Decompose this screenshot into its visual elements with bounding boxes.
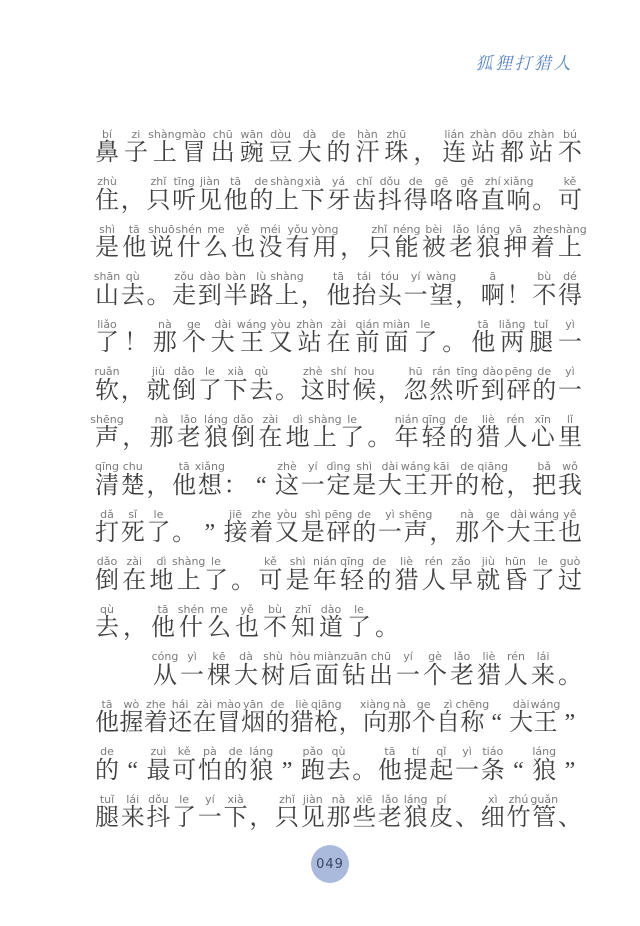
hanzi-with-pinyin: le了: [413, 331, 437, 355]
pinyin-annotation: tái: [357, 271, 371, 282]
pinyin-annotation: yě: [240, 604, 253, 615]
hanzi-with-pinyin: le了: [204, 569, 228, 593]
hanzi-with-pinyin: yì一: [558, 379, 582, 403]
hanzi-character: ”: [558, 759, 582, 783]
hanzi-character: 一: [198, 806, 222, 830]
pinyin-annotation: bù: [537, 271, 551, 282]
pinyin-annotation: yí: [411, 271, 421, 282]
hanzi-character: 下: [224, 379, 248, 403]
hanzi-with-pinyin: shàng上: [177, 569, 201, 593]
hanzi-with-pinyin: bèi被: [422, 236, 446, 260]
punctuation: “: [485, 711, 509, 735]
hanzi-with-pinyin: le了: [172, 806, 196, 830]
pinyin-annotation: de: [229, 746, 243, 757]
hanzi-character: 心: [531, 426, 555, 450]
punctuation: ，: [413, 141, 437, 165]
pinyin-annotation: zhū: [387, 129, 407, 140]
pinyin-annotation: shì: [305, 509, 321, 520]
hanzi-character: ，: [249, 806, 273, 830]
pinyin-annotation: zài: [126, 556, 142, 567]
hanzi-character: 汗: [355, 141, 379, 165]
hanzi-character: 王: [533, 711, 557, 735]
pinyin-annotation: ge: [417, 699, 431, 710]
hanzi-with-pinyin: hou候: [352, 379, 376, 403]
hanzi-character: 向: [363, 711, 387, 735]
hanzi-character: ，: [121, 379, 145, 403]
hanzi-with-pinyin: chū出: [211, 141, 235, 165]
page-number-badge: 049: [311, 845, 349, 883]
pinyin-annotation: yǒu: [288, 224, 308, 235]
hanzi-with-pinyin: shān山: [95, 284, 119, 308]
pinyin-annotation: zǎo: [451, 556, 470, 567]
hanzi-character: “: [249, 474, 273, 498]
pinyin-annotation: shuō: [148, 224, 174, 235]
hanzi-character: 老: [450, 664, 474, 688]
pinyin-annotation: de: [332, 129, 346, 140]
pinyin-annotation: qīng: [95, 461, 119, 472]
pinyin-annotation: nà: [158, 319, 172, 330]
hanzi-character: 站: [529, 141, 553, 165]
pinyin-annotation: liè: [482, 414, 495, 425]
text-line: qīng清chu楚，tā他xiǎng想：“zhè这yí一dìng定shì是dài…: [95, 451, 582, 499]
pinyin-annotation: láng: [204, 414, 228, 425]
punctuation: 。: [375, 616, 399, 640]
hanzi-character: 用: [313, 236, 337, 260]
hanzi-character: 早: [449, 569, 473, 593]
hanzi-character: 可: [258, 569, 282, 593]
punctuation: ”: [275, 759, 299, 783]
hanzi-with-pinyin: zhàn站: [298, 331, 322, 355]
pinyin-annotation: shù: [263, 651, 283, 662]
pinyin-annotation: bù: [268, 604, 282, 615]
hanzi-with-pinyin: wáng王: [533, 711, 557, 735]
hanzi-with-pinyin: tiáo条: [481, 759, 505, 783]
hanzi-character: 有: [286, 236, 310, 260]
hanzi-character: 上: [275, 284, 299, 308]
pinyin-annotation: wān: [240, 129, 263, 140]
hanzi-with-pinyin: zhàn站: [471, 141, 495, 165]
hanzi-character: 他: [326, 284, 350, 308]
hanzi-character: 大: [507, 521, 531, 545]
pinyin-annotation: xià: [227, 794, 243, 805]
hanzi-character: 的: [352, 521, 376, 545]
hanzi-with-pinyin: lái来: [531, 664, 555, 688]
pinyin-annotation: de: [357, 509, 371, 520]
punctuation: 。: [532, 189, 556, 213]
punctuation: “: [121, 759, 145, 783]
hanzi-character: 的: [224, 759, 248, 783]
hanzi-character: 的: [95, 759, 119, 783]
pinyin-annotation: le: [211, 556, 221, 567]
hanzi-character: 最: [146, 759, 170, 783]
punctuation: ，: [455, 284, 479, 308]
pinyin-annotation: méi: [260, 224, 281, 235]
hanzi-character: 的: [367, 569, 391, 593]
hanzi-with-pinyin: yì一: [378, 521, 402, 545]
hanzi-with-pinyin: néng能: [395, 236, 419, 260]
pinyin-annotation: shēng: [90, 414, 123, 425]
hanzi-with-pinyin: bù不: [263, 616, 287, 640]
hanzi-character: 豌: [240, 141, 264, 165]
hanzi-with-pinyin: sǐ死: [121, 521, 145, 545]
hanzi-character: 。: [231, 569, 255, 593]
hanzi-with-pinyin: chǐ齿: [352, 189, 376, 213]
hanzi-with-pinyin: hòu后: [288, 664, 312, 688]
hanzi-character: 忽: [404, 379, 428, 403]
hanzi-character: ！: [507, 284, 531, 308]
hanzi-with-pinyin: lǎo老: [177, 426, 201, 450]
hanzi-character: 了: [347, 616, 371, 640]
pinyin-annotation: zì: [444, 699, 453, 710]
hanzi-character: ，: [455, 284, 479, 308]
hanzi-character: 是: [286, 569, 310, 593]
hanzi-with-pinyin: nà那: [326, 806, 350, 830]
hanzi-with-pinyin: kē棵: [207, 664, 231, 688]
page-number: 049: [316, 857, 344, 872]
hanzi-character: 不: [532, 284, 556, 308]
hanzi-character: 面: [315, 664, 339, 688]
hanzi-character: 是: [301, 521, 325, 545]
hanzi-character: 时: [326, 379, 350, 403]
hanzi-with-pinyin: yá牙: [326, 189, 350, 213]
hanzi-character: 年: [395, 426, 419, 450]
pinyin-annotation: tóu: [381, 271, 399, 282]
pinyin-annotation: liǎo: [97, 319, 117, 330]
pinyin-annotation: shàng: [270, 176, 303, 187]
hanzi-with-pinyin: pǎo跑: [301, 759, 325, 783]
pinyin-annotation: dǒu: [380, 176, 401, 187]
pinyin-annotation: dōu: [502, 129, 523, 140]
hanzi-character: 候: [352, 379, 376, 403]
hanzi-with-pinyin: tā他: [471, 331, 495, 355]
hanzi-with-pinyin: nà那: [387, 711, 411, 735]
hanzi-with-pinyin: tā他: [326, 284, 350, 308]
hanzi-with-pinyin: miàn面: [384, 331, 408, 355]
hanzi-with-pinyin: yí一: [404, 284, 428, 308]
punctuation: 。: [367, 426, 391, 450]
hanzi-character: 的: [327, 141, 351, 165]
hanzi-character: 烟: [241, 711, 265, 735]
hanzi-character: 子: [124, 141, 148, 165]
hanzi-character: 倒: [231, 426, 255, 450]
hanzi-character: 。: [172, 521, 196, 545]
hanzi-character: 前: [355, 331, 379, 355]
hanzi-character: 猎: [290, 711, 314, 735]
pinyin-annotation: kě: [564, 176, 577, 187]
punctuation: ，: [123, 616, 147, 640]
pinyin-annotation: liè: [483, 651, 496, 662]
hanzi-with-pinyin: wàng望: [429, 284, 453, 308]
punctuation: ，: [121, 379, 145, 403]
pinyin-annotation: dǎo: [233, 414, 253, 425]
hanzi-character: 两: [500, 331, 524, 355]
hanzi-character: 那: [326, 806, 350, 830]
hanzi-with-pinyin: de的: [266, 711, 290, 735]
pinyin-annotation: tuǐ: [100, 794, 114, 805]
hanzi-character: ，: [301, 284, 325, 308]
hanzi-with-pinyin: ge个: [182, 331, 206, 355]
pinyin-annotation: nà: [332, 794, 346, 805]
pinyin-annotation: dài: [513, 699, 530, 710]
pinyin-annotation: zǒu: [174, 271, 193, 282]
hanzi-with-pinyin: chū出: [369, 664, 393, 688]
hanzi-character: 着: [249, 521, 273, 545]
hanzi-character: 个: [423, 664, 447, 688]
hanzi-with-pinyin: de的: [455, 474, 479, 498]
hanzi-with-pinyin: tuǐ腿: [529, 331, 553, 355]
pinyin-annotation: mào: [182, 129, 206, 140]
hanzi-character: 打: [95, 521, 119, 545]
hanzi-character: 抬: [352, 284, 376, 308]
hanzi-character: 到: [198, 284, 222, 308]
hanzi-character: 老: [177, 426, 201, 450]
pinyin-annotation: zhàn: [528, 129, 554, 140]
hanzi-with-pinyin: nà那: [153, 331, 177, 355]
hanzi-character: 管: [532, 806, 556, 830]
pinyin-annotation: xì: [488, 794, 498, 805]
hanzi-character: ，: [378, 379, 402, 403]
pinyin-annotation: gē: [434, 176, 448, 187]
hanzi-with-pinyin: tā他: [224, 189, 248, 213]
hanzi-with-pinyin: guǎn管: [532, 806, 556, 830]
hanzi-character: 还: [168, 711, 192, 735]
pinyin-annotation: wáng: [401, 461, 431, 472]
hanzi-with-pinyin: kě可: [258, 569, 282, 593]
hanzi-with-pinyin: yān烟: [241, 711, 265, 735]
hanzi-with-pinyin: bàn半: [224, 284, 248, 308]
pinyin-annotation: zhǐ: [371, 224, 387, 235]
hanzi-with-pinyin: shén什: [177, 236, 201, 260]
hanzi-with-pinyin: qù去: [326, 759, 350, 783]
pinyin-annotation: láng: [249, 746, 273, 757]
hanzi-character: 上: [153, 141, 177, 165]
hanzi-character: 一: [558, 379, 582, 403]
hanzi-character: ，: [413, 141, 437, 165]
pinyin-annotation: dǒu: [148, 794, 169, 805]
hanzi-with-pinyin: lù路: [249, 284, 273, 308]
hanzi-with-pinyin: shàng上: [153, 141, 177, 165]
hanzi-character: 。: [375, 616, 399, 640]
pinyin-annotation: lù: [256, 271, 266, 282]
hanzi-with-pinyin: dà大: [298, 141, 322, 165]
hanzi-character: 也: [231, 236, 255, 260]
hanzi-character: 牙: [326, 189, 350, 213]
hanzi-character: 狼: [204, 426, 228, 450]
hanzi-with-pinyin: de得: [404, 189, 428, 213]
pinyin-annotation: pí: [436, 794, 446, 805]
pinyin-annotation: wǒ: [562, 461, 578, 472]
text-line: dǎ打sǐ死le了。”jiē接zhe着yòu又shì是pēng砰de的yì一sh…: [95, 498, 582, 546]
text-body: bí鼻zi子shàng上mào冒chū出wān豌dòu豆dà大de的hàn汗zh…: [95, 118, 582, 831]
hanzi-with-pinyin: dào到: [481, 379, 505, 403]
pinyin-annotation: néng: [393, 224, 421, 235]
pinyin-annotation: tiáo: [482, 746, 503, 757]
pinyin-annotation: le: [154, 509, 164, 520]
punctuation: ，: [122, 426, 146, 450]
hanzi-character: 地: [286, 426, 310, 450]
hanzi-with-pinyin: tā他: [95, 711, 119, 735]
hanzi-with-pinyin: lǐ里: [558, 426, 582, 450]
pinyin-annotation: zhú: [509, 794, 529, 805]
pinyin-annotation: yòu: [271, 319, 291, 330]
hanzi-with-pinyin: lián连: [442, 141, 466, 165]
hanzi-character: 珠: [384, 141, 408, 165]
pinyin-annotation: le: [354, 604, 364, 615]
hanzi-with-pinyin: liè猎: [290, 711, 314, 735]
pinyin-annotation: yě: [237, 224, 250, 235]
hanzi-with-pinyin: yòng用: [313, 236, 337, 260]
hanzi-with-pinyin: xiē些: [352, 806, 376, 830]
hanzi-character: 提: [404, 759, 428, 783]
pinyin-annotation: le: [420, 319, 430, 330]
hanzi-with-pinyin: xì细: [481, 806, 505, 830]
hanzi-with-pinyin: de的: [327, 141, 351, 165]
hanzi-character: 后: [288, 664, 312, 688]
hanzi-with-pinyin: zhù住: [95, 189, 119, 213]
hanzi-character: 些: [352, 806, 376, 830]
pinyin-annotation: zhe: [146, 699, 166, 710]
hanzi-character: 道: [319, 616, 343, 640]
hanzi-character: 抖: [378, 189, 402, 213]
hanzi-with-pinyin: shì是: [95, 236, 119, 260]
hanzi-with-pinyin: shàng上: [313, 426, 337, 450]
pinyin-annotation: shí: [331, 366, 347, 377]
hanzi-character: 的: [266, 711, 290, 735]
hanzi-with-pinyin: hái还: [168, 711, 192, 735]
pinyin-annotation: rán: [432, 366, 450, 377]
hanzi-character: 人: [422, 569, 446, 593]
hanzi-character: 的: [455, 474, 479, 498]
hanzi-with-pinyin: qīng轻: [422, 426, 446, 450]
hanzi-character: 咯: [455, 189, 479, 213]
hanzi-character: 只: [367, 236, 391, 260]
punctuation: ，: [146, 474, 170, 498]
hanzi-character: 想: [198, 474, 222, 498]
pinyin-annotation: me: [210, 604, 227, 615]
hanzi-character: 那: [455, 521, 479, 545]
pinyin-annotation: rén: [507, 414, 525, 425]
hanzi-character: 老: [378, 806, 402, 830]
hanzi-character: 来: [531, 664, 555, 688]
pinyin-annotation: dài: [510, 509, 527, 520]
text-line: zhù住，zhǐ只tīng听jiàn见tā他de的shàng上xià下yá牙ch…: [95, 166, 582, 214]
pinyin-annotation: hòu: [290, 651, 311, 662]
hanzi-character: 大: [211, 331, 235, 355]
hanzi-with-pinyin: le了: [198, 379, 222, 403]
punctuation: 。: [231, 569, 255, 593]
hanzi-with-pinyin: rán然: [429, 379, 453, 403]
hanzi-with-pinyin: wáng王: [240, 331, 264, 355]
hanzi-character: 轻: [422, 426, 446, 450]
hanzi-with-pinyin: bǎ把: [532, 474, 556, 498]
pinyin-annotation: qiāng: [311, 699, 342, 710]
hanzi-character: 怕: [198, 759, 222, 783]
pinyin-annotation: tīng: [173, 176, 194, 187]
hanzi-character: 声: [95, 426, 119, 450]
punctuation: 。: [275, 379, 299, 403]
pinyin-annotation: hū: [409, 366, 423, 377]
hanzi-character: 过: [558, 569, 582, 593]
pinyin-annotation: de: [372, 556, 386, 567]
hanzi-character: 到: [481, 379, 505, 403]
hanzi-with-pinyin: dài大: [378, 474, 402, 498]
hanzi-character: 冒: [217, 711, 241, 735]
hanzi-character: 、: [558, 806, 582, 830]
pinyin-annotation: hou: [354, 366, 375, 377]
hanzi-character: 鼻: [95, 141, 119, 165]
punctuation: ，: [340, 236, 364, 260]
pinyin-annotation: jiàn: [303, 794, 323, 805]
hanzi-with-pinyin: zài在: [258, 426, 282, 450]
punctuation: 。: [352, 759, 376, 783]
hanzi-character: 得: [404, 189, 428, 213]
hanzi-with-pinyin: zhè这: [301, 379, 325, 403]
pinyin-annotation: jiù: [482, 556, 495, 567]
hanzi-with-pinyin: nián年: [395, 426, 419, 450]
hanzi-character: 个: [412, 711, 436, 735]
hanzi-character: 来: [121, 806, 145, 830]
pinyin-annotation: qián: [356, 319, 380, 330]
pinyin-annotation: pēng: [505, 366, 533, 377]
pinyin-annotation: lǐ: [567, 414, 573, 425]
hanzi-character: 握: [119, 711, 143, 735]
pinyin-annotation: chū: [213, 129, 233, 140]
pinyin-annotation: nián: [395, 414, 419, 425]
hanzi-character: 一: [558, 331, 582, 355]
hanzi-character: 倒: [172, 379, 196, 403]
hanzi-with-pinyin: jiē接: [224, 521, 248, 545]
pinyin-annotation: zhè: [277, 461, 297, 472]
hanzi-character: ，: [429, 521, 453, 545]
hanzi-character: 被: [422, 236, 446, 260]
pinyin-annotation: lǎo: [453, 224, 470, 235]
pinyin-annotation: yí: [308, 461, 318, 472]
hanzi-character: 狼: [476, 236, 500, 260]
hanzi-with-pinyin: hūn昏: [504, 569, 528, 593]
hanzi-with-pinyin: le了: [146, 521, 170, 545]
pinyin-annotation: zhàn: [470, 129, 496, 140]
hanzi-with-pinyin: shì是: [352, 474, 376, 498]
pinyin-annotation: shì: [356, 461, 372, 472]
hanzi-character: 站: [471, 141, 495, 165]
pinyin-annotation: pēng: [325, 509, 353, 520]
hanzi-character: 他: [151, 616, 175, 640]
hanzi-character: 能: [395, 236, 419, 260]
hanzi-with-pinyin: dào道: [319, 616, 343, 640]
hanzi-with-pinyin: dìng定: [326, 474, 350, 498]
pinyin-annotation: qù: [126, 271, 140, 282]
hanzi-character: 面: [384, 331, 408, 355]
hanzi-character: 倒: [95, 569, 119, 593]
pinyin-annotation: gè: [428, 651, 442, 662]
hanzi-with-pinyin: yòu又: [275, 521, 299, 545]
hanzi-with-pinyin: mào冒: [182, 141, 206, 165]
hanzi-character: 上: [177, 569, 201, 593]
hanzi-with-pinyin: chēng称: [460, 711, 484, 735]
hanzi-character: 可: [172, 759, 196, 783]
hanzi-character: 那: [149, 426, 173, 450]
hanzi-character: 都: [500, 141, 524, 165]
hanzi-with-pinyin: tīng听: [172, 189, 196, 213]
hanzi-with-pinyin: hū忽: [404, 379, 428, 403]
pinyin-annotation: dài: [382, 461, 399, 472]
hanzi-with-pinyin: yǒu有: [286, 236, 310, 260]
hanzi-character: 一: [404, 284, 428, 308]
hanzi-character: 他: [224, 189, 248, 213]
pinyin-annotation: zhè: [303, 366, 323, 377]
punctuation: ”: [198, 521, 222, 545]
pinyin-annotation: yòng: [311, 224, 338, 235]
